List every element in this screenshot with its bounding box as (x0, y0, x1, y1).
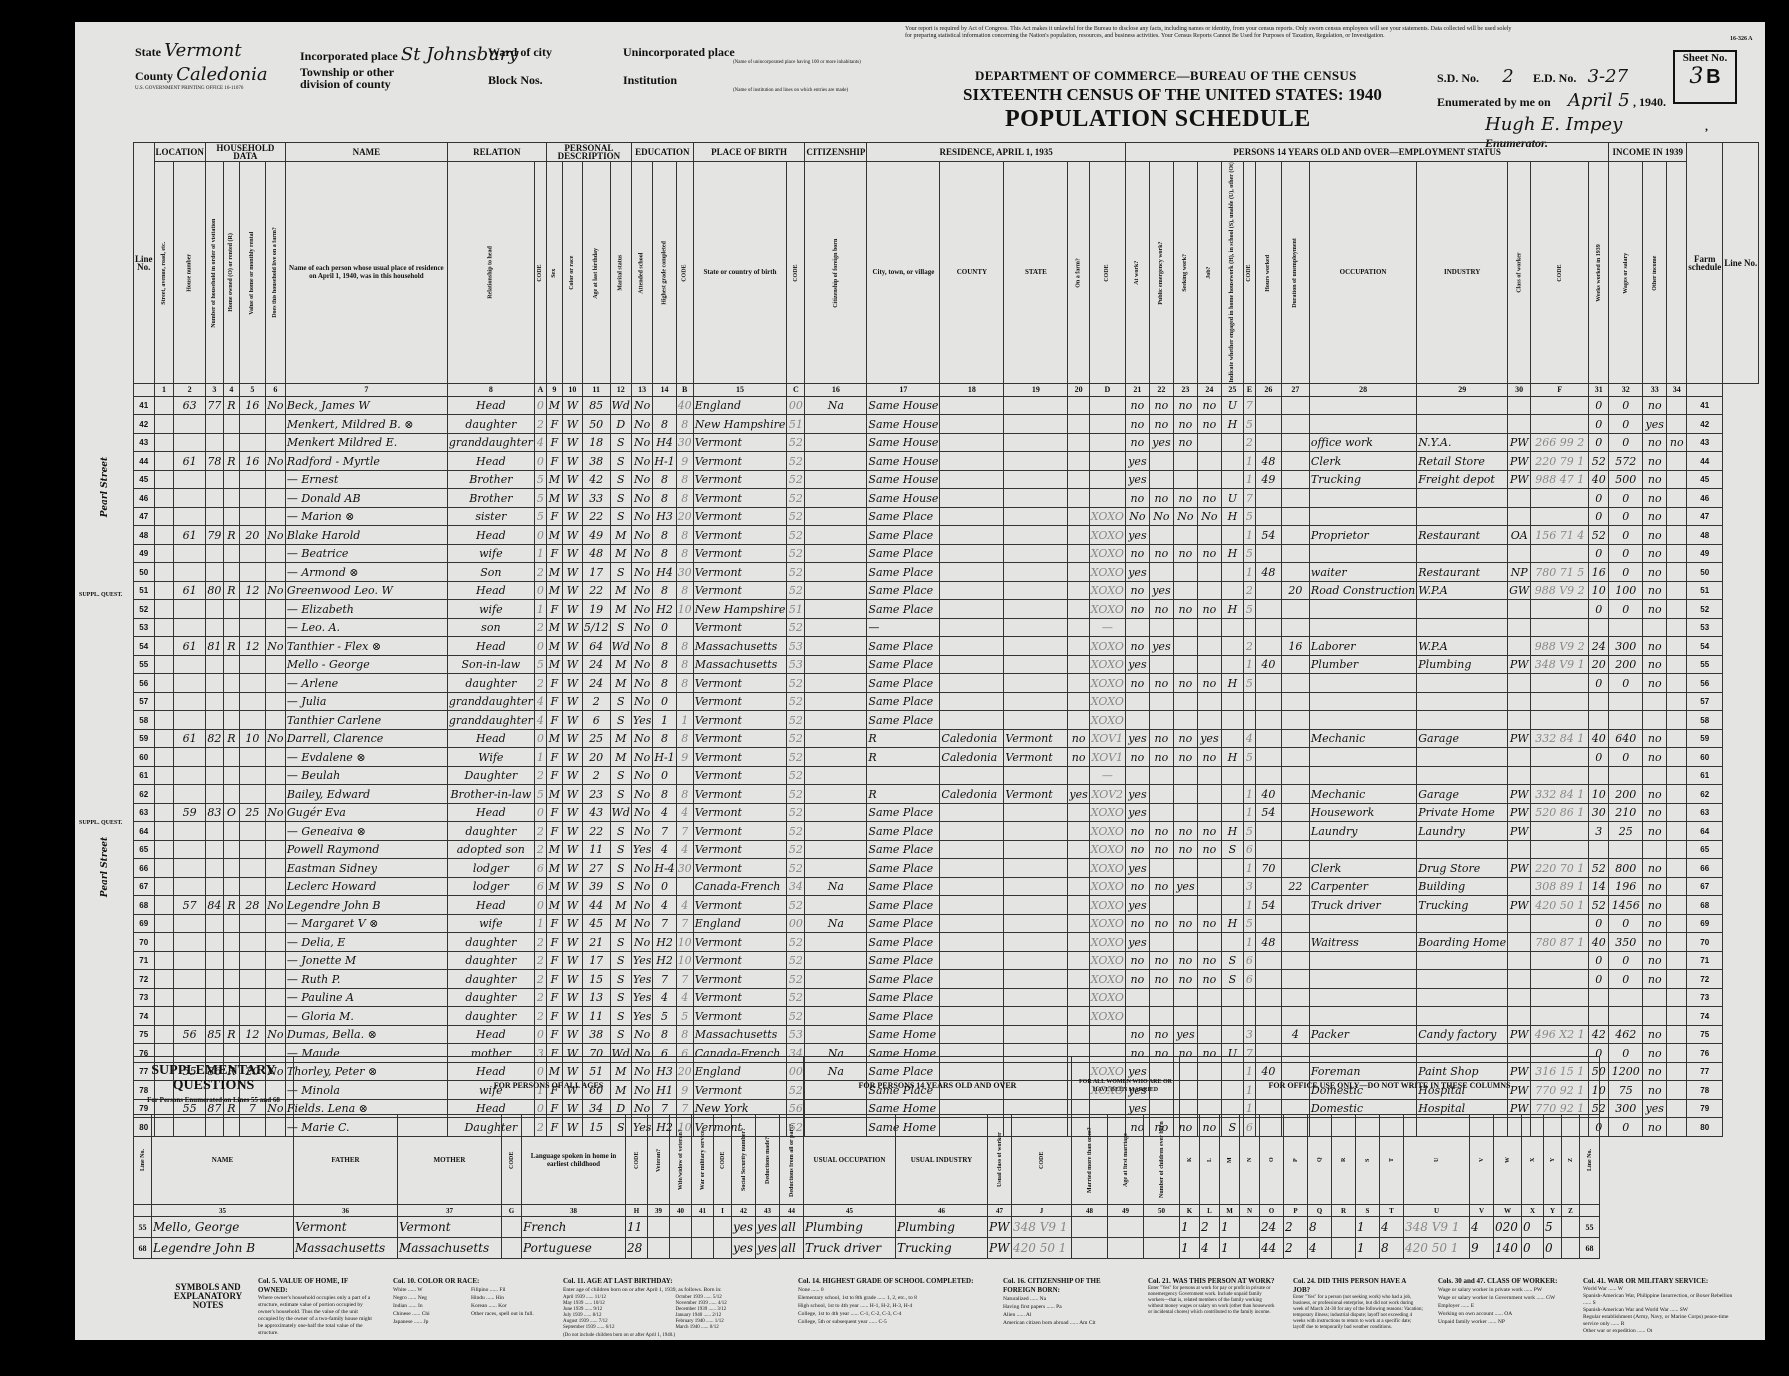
cell-house: 61 (174, 452, 205, 471)
cell-c32: 0 (1609, 748, 1643, 767)
cell-c22 (1149, 803, 1173, 822)
cell-c23: no (1173, 544, 1197, 563)
cell-res-farm (1068, 914, 1089, 933)
cell-res-farm (1068, 1025, 1089, 1044)
cell-gr: H2 (653, 600, 676, 619)
cell-res-county (940, 470, 1004, 489)
cell-birth: Canada-French (693, 877, 787, 896)
supp-cell-u: 348 V9 1 (1404, 1217, 1470, 1238)
cell-age: 39 (582, 877, 610, 896)
cell-sch: No (631, 544, 652, 563)
cell-house (174, 470, 205, 489)
cell-codeA: 2 (534, 970, 546, 989)
cell-rel: Son (447, 563, 534, 582)
supp-cell-mother: Massachusetts (398, 1238, 502, 1259)
cell-c24 (1197, 637, 1221, 656)
cell-c23 (1173, 785, 1197, 804)
cell-own (223, 988, 239, 1007)
cell-name: — Jonette M (285, 951, 447, 970)
cell-value (239, 840, 265, 859)
cell-rel: wife (447, 914, 534, 933)
cell-c23 (1173, 452, 1197, 471)
cell-race: W (562, 988, 582, 1007)
cell-birth: Vermont (693, 896, 787, 915)
cell-cit (805, 785, 867, 804)
ed-label: E.D. No. (1533, 71, 1576, 85)
cell-c21: no (1125, 1025, 1149, 1044)
cell-c27 (1281, 748, 1309, 767)
cell-c24: no (1197, 674, 1221, 693)
line-number: 64 (134, 822, 155, 841)
note-item: Working on own account ...... OA (1438, 1310, 1568, 1318)
cell-occ: Packer (1309, 1025, 1416, 1044)
cell-c31 (1589, 618, 1609, 637)
cell-c33: no (1643, 822, 1667, 841)
cell-res-county (940, 655, 1004, 674)
line-number: 43 (1687, 433, 1723, 452)
cell-ind: Candy factory (1417, 1025, 1508, 1044)
cell-c24 (1197, 933, 1221, 952)
note-col10-title: Col. 10. COLOR OR RACE: (393, 1277, 543, 1286)
cell-farm: No (265, 452, 285, 471)
cell-street (154, 618, 174, 637)
cell-c22: no (1149, 877, 1173, 896)
line-number: 65 (134, 840, 155, 859)
line-number: 70 (1687, 933, 1723, 952)
cell-res-city: R (867, 729, 940, 748)
note-list-col16-items: Naturalized ...... NaHaving first papers… (1003, 1295, 1133, 1327)
cell-c23 (1173, 803, 1197, 822)
cell-c27 (1281, 914, 1309, 933)
cell-codeA: 4 (534, 433, 546, 452)
line-number: 63 (134, 803, 155, 822)
table-row: 53— Leo. A.son2MW5/12SNo0Vermont52——53 (134, 618, 1759, 637)
col-header: At work? (1125, 162, 1149, 384)
cell-c32: 0 (1609, 674, 1643, 693)
cell-rel: sister (447, 507, 534, 526)
cell-codeA: 5 (534, 507, 546, 526)
col-header: CODE (1089, 162, 1125, 384)
supp-col-header: K (1180, 1115, 1200, 1205)
cell-codeC: 52 (787, 711, 805, 730)
cell-cit (805, 1025, 867, 1044)
supp-col-header: Q (1308, 1115, 1332, 1205)
cell-c32: 0 (1609, 507, 1643, 526)
table-row: 516180R12NoGreenwood Leo. WHead0MW22MNo8… (134, 581, 1759, 600)
cell-res-state (1004, 452, 1068, 471)
supp-col-number: 47 (988, 1205, 1012, 1217)
supp-col-header: N (1240, 1115, 1260, 1205)
cell-gr: H2 (653, 951, 676, 970)
cell-name: — Ernest (285, 470, 447, 489)
cell-street (154, 563, 174, 582)
line-number: 58 (1687, 711, 1723, 730)
cell-cls (1508, 877, 1531, 896)
cell-res-county (940, 988, 1004, 1007)
cell-street (154, 581, 174, 600)
cell-res-city: Same House (867, 433, 940, 452)
cell-c34 (1667, 970, 1687, 989)
cell-rel: Head (447, 452, 534, 471)
cell-sch: No (631, 766, 652, 785)
cell-codeE: 1 (1243, 933, 1255, 952)
cell-house (174, 692, 205, 711)
cell-hh (205, 507, 223, 526)
cell-ms: S (610, 970, 631, 989)
cell-farm: No (265, 1025, 285, 1044)
cell-c32: 25 (1609, 822, 1643, 841)
cell-res-state (1004, 859, 1068, 878)
cell-c23: no (1173, 951, 1197, 970)
cell-codeC: 52 (787, 803, 805, 822)
cell-age: 50 (582, 415, 610, 434)
supp-col-header: MOTHER (398, 1115, 502, 1205)
cell-codeE: 7 (1243, 489, 1255, 508)
table-row: 58Tanthier Carlenegranddaughter4FW6SYes1… (134, 711, 1759, 730)
cell-c24 (1197, 563, 1221, 582)
cell-hh (205, 951, 223, 970)
cell-res-state (1004, 822, 1068, 841)
cell-race: W (562, 526, 582, 545)
enumerated-date: April 5 (1568, 90, 1630, 111)
cell-cit (805, 951, 867, 970)
cell-street (154, 507, 174, 526)
cell-occ (1309, 507, 1416, 526)
cell-sex: F (546, 951, 562, 970)
cell-value: 12 (239, 581, 265, 600)
cell-c27 (1281, 692, 1309, 711)
cell-c33: no (1643, 489, 1667, 508)
cell-own (223, 785, 239, 804)
cell-race: W (562, 896, 582, 915)
cell-c24: no (1197, 600, 1221, 619)
cell-age: 2 (582, 766, 610, 785)
cell-sex: M (546, 896, 562, 915)
supplementary-table: SUPPLEMENTARY QUESTIONS For Persons Enum… (133, 1056, 1600, 1259)
cell-codeB: 8 (676, 415, 693, 434)
cell-c31 (1589, 692, 1609, 711)
cell-codeD: XOXO (1089, 951, 1125, 970)
cell-c22: yes (1149, 433, 1173, 452)
table-row: 416377R16NoBeck, James WHead0MW85WdNo40E… (134, 396, 1759, 415)
cell-c23: no (1173, 396, 1197, 415)
cell-c31: 40 (1589, 933, 1609, 952)
supp-cell-c49 (1108, 1238, 1144, 1259)
group-name: NAME (285, 143, 447, 162)
cell-res-state (1004, 655, 1068, 674)
col-number: 16 (805, 383, 867, 396)
cell-street (154, 452, 174, 471)
cell-c32: 0 (1609, 970, 1643, 989)
cell-c24 (1197, 618, 1221, 637)
cell-sch: Yes (631, 970, 652, 989)
col-header: Indicate whether engaged in home housewo… (1221, 162, 1243, 384)
cell-hh: 77 (205, 396, 223, 415)
cell-c24 (1197, 655, 1221, 674)
cell-codeD (1089, 489, 1125, 508)
cell-c31: 0 (1589, 674, 1609, 693)
cell-farm (265, 711, 285, 730)
col-header: Hours worked (1255, 162, 1281, 384)
col-number: 34 (1667, 383, 1687, 396)
cell-occ: Clerk (1309, 452, 1416, 471)
cell-occ: Plumber (1309, 655, 1416, 674)
cell-sch: No (631, 896, 652, 915)
supp-col-number: W (1494, 1205, 1522, 1217)
cell-sex: F (546, 766, 562, 785)
cell-cls (1508, 692, 1531, 711)
cell-codeD: XOXO (1089, 988, 1125, 1007)
cell-codeF: 988 V9 2 (1531, 581, 1589, 600)
cell-res-county (940, 1007, 1004, 1026)
group-income: INCOME IN 1939 (1609, 143, 1687, 162)
line-number: 45 (134, 470, 155, 489)
cell-res-county (940, 581, 1004, 600)
cell-ms: S (610, 470, 631, 489)
confidentiality-notice: Your report is required by Act of Congre… (905, 26, 1515, 40)
cell-ind (1417, 766, 1508, 785)
cell-sex: M (546, 655, 562, 674)
col-header: Home owned (O) or rented (R) (223, 162, 239, 384)
cell-rel: lodger (447, 859, 534, 878)
cell-codeD: XOXO (1089, 822, 1125, 841)
supp-cell-r (1332, 1238, 1356, 1259)
line-number: 42 (134, 415, 155, 434)
cell-codeA: 1 (534, 600, 546, 619)
cell-ms: M (610, 655, 631, 674)
cell-ind (1417, 970, 1508, 989)
cell-race: W (562, 859, 582, 878)
cell-c34 (1667, 1007, 1687, 1026)
cell-codeA: 2 (534, 933, 546, 952)
cell-cit (805, 470, 867, 489)
cell-codeF: 308 89 1 (1531, 877, 1589, 896)
cell-gr: 8 (653, 489, 676, 508)
sheet-label: Sheet No. (1675, 52, 1735, 64)
cell-codeB: 4 (676, 988, 693, 1007)
supp-cell-c48 (1072, 1217, 1108, 1238)
cell-c25: H (1221, 674, 1243, 693)
cell-street (154, 877, 174, 896)
supp-cell-g (502, 1217, 522, 1238)
cell-birth: Vermont (693, 452, 787, 471)
cell-street (154, 988, 174, 1007)
supp-col-header: NAME (152, 1115, 294, 1205)
cell-cls (1508, 1007, 1531, 1026)
cell-birth: Vermont (693, 933, 787, 952)
note-col41-title: Col. 41. WAR OR MILITARY SERVICE: (1583, 1277, 1733, 1286)
cell-codeD: XOV2 (1089, 785, 1125, 804)
cell-c24 (1197, 803, 1221, 822)
group-birth: PLACE OF BIRTH (693, 143, 805, 162)
institution-field: Institution (Name of institution and lin… (623, 72, 848, 93)
cell-hh (205, 489, 223, 508)
table-row: 546181R12NoTanthier - Flex ⊗Head0MW64WdN… (134, 637, 1759, 656)
cell-own (223, 859, 239, 878)
cell-codeD (1089, 1025, 1125, 1044)
cell-codeB: 9 (676, 452, 693, 471)
cell-sch: Yes (631, 840, 652, 859)
cell-value: 28 (239, 896, 265, 915)
cell-hh: 81 (205, 637, 223, 656)
line-number: 71 (134, 951, 155, 970)
supp-cell-t: 8 (1380, 1238, 1404, 1259)
cell-codeB (676, 877, 693, 896)
cell-c34 (1667, 1118, 1687, 1137)
line-number: 41 (1687, 396, 1723, 415)
col-number: 12 (610, 383, 631, 396)
cell-c32: 0 (1609, 415, 1643, 434)
cell-sex: F (546, 933, 562, 952)
street-note-1: Pearl Street (100, 457, 110, 517)
cell-sch: No (631, 729, 652, 748)
note-item: Hindu ...... Hin (471, 1294, 543, 1302)
cell-res-state (1004, 433, 1068, 452)
cell-c22 (1149, 563, 1173, 582)
line-number: 51 (134, 581, 155, 600)
cell-age: 11 (582, 1007, 610, 1026)
cell-res-state (1004, 933, 1068, 952)
cell-c22 (1149, 988, 1173, 1007)
cell-age: 19 (582, 600, 610, 619)
cell-sch: Yes (631, 711, 652, 730)
cell-gr: 4 (653, 840, 676, 859)
cell-c26 (1255, 840, 1281, 859)
cell-c26: 49 (1255, 470, 1281, 489)
cell-cls (1508, 970, 1531, 989)
cell-age: 38 (582, 452, 610, 471)
cell-sex: F (546, 674, 562, 693)
cell-res-city: Same Place (867, 544, 940, 563)
cell-codeC: 52 (787, 951, 805, 970)
cell-codeB: 1 (676, 711, 693, 730)
cell-name: — Geneaiva ⊗ (285, 822, 447, 841)
cell-res-farm (1068, 489, 1089, 508)
cell-c27: 20 (1281, 581, 1309, 600)
cell-c25 (1221, 581, 1243, 600)
supp-cell-lang: Portuguese (522, 1238, 626, 1259)
cell-age: 42 (582, 470, 610, 489)
cell-codeA: 2 (534, 840, 546, 859)
cell-ms: S (610, 766, 631, 785)
supp-col-number: I (714, 1205, 732, 1217)
cell-codeC: 52 (787, 896, 805, 915)
cell-c32: 200 (1609, 655, 1643, 674)
cell-name: Dumas, Bella. ⊗ (285, 1025, 447, 1044)
cell-own (223, 766, 239, 785)
cell-own: R (223, 1025, 239, 1044)
cell-street (154, 766, 174, 785)
cell-c21: yes (1125, 933, 1149, 952)
cell-codeF: 780 71 5 (1531, 563, 1589, 582)
cell-farm (265, 859, 285, 878)
cell-c31: 0 (1589, 914, 1609, 933)
cell-value: 12 (239, 1025, 265, 1044)
cell-c25: U (1221, 396, 1243, 415)
county-field: County Caledonia (135, 64, 268, 85)
cell-c34 (1667, 896, 1687, 915)
cell-cls (1508, 748, 1531, 767)
cell-c23 (1173, 563, 1197, 582)
cell-c34 (1667, 840, 1687, 859)
cell-c25: H (1221, 600, 1243, 619)
cell-ind: Freight depot (1417, 470, 1508, 489)
cell-rel: Head (447, 896, 534, 915)
cell-race: W (562, 637, 582, 656)
cell-own (223, 970, 239, 989)
cell-sch: No (631, 526, 652, 545)
cell-c27 (1281, 618, 1309, 637)
cell-codeF (1531, 1007, 1589, 1026)
supp-cell-lang: French (522, 1217, 626, 1238)
cell-farm (265, 600, 285, 619)
cell-hh (205, 766, 223, 785)
cell-cit (805, 433, 867, 452)
cell-ms: M (610, 748, 631, 767)
cell-c27 (1281, 563, 1309, 582)
cell-c31: 14 (1589, 877, 1609, 896)
supp-row: 55Mello, GeorgeVermontVermontFrench11yes… (134, 1217, 1600, 1238)
cell-occ: office work (1309, 433, 1416, 452)
cell-hh (205, 970, 223, 989)
cell-codeD: XOXO (1089, 970, 1125, 989)
supp-col-header: CODE (502, 1115, 522, 1205)
cell-c21: No (1125, 507, 1149, 526)
cell-c25 (1221, 526, 1243, 545)
cell-c32: 196 (1609, 877, 1643, 896)
cell-c22: no (1149, 914, 1173, 933)
cell-gr: 8 (653, 415, 676, 434)
cell-ms: S (610, 988, 631, 1007)
cell-c22: no (1149, 674, 1173, 693)
table-row: 685784R28NoLegendre John BHead0MW44MNo44… (134, 896, 1759, 915)
cell-c33: no (1643, 1044, 1667, 1063)
cell-res-county (940, 766, 1004, 785)
cell-street (154, 674, 174, 693)
cell-c27 (1281, 785, 1309, 804)
cell-codeD: XOV1 (1089, 729, 1125, 748)
cell-codeD: XOXO (1089, 581, 1125, 600)
supp-cell-c41 (692, 1217, 714, 1238)
cell-name: Tanthier Carlene (285, 711, 447, 730)
cell-hh (205, 822, 223, 841)
ward-label: Ward of city (488, 45, 552, 59)
cell-own (223, 1007, 239, 1026)
note-item: Elementary school, 1st to 8th grade ....… (798, 1294, 988, 1302)
cell-codeD: XOXO (1089, 692, 1125, 711)
cell-cit (805, 988, 867, 1007)
cell-c23: no (1173, 729, 1197, 748)
supp-col-header: R (1332, 1115, 1356, 1205)
cell-sex: M (546, 489, 562, 508)
cell-c34 (1667, 489, 1687, 508)
cell-c26 (1255, 507, 1281, 526)
cell-codeC: 52 (787, 618, 805, 637)
line-number: 77 (1687, 1062, 1723, 1081)
line-number: 57 (134, 692, 155, 711)
cell-rel: granddaughter (447, 711, 534, 730)
col-header: Marital status (610, 162, 631, 384)
cell-codeE: 3 (1243, 1025, 1255, 1044)
cell-value (239, 415, 265, 434)
supp-cell-k: 1 (1180, 1217, 1200, 1238)
supp-cell-p: 2 (1284, 1238, 1308, 1259)
note-col16: Col. 16. CITIZENSHIP OF THE FOREIGN BORN… (1003, 1277, 1133, 1327)
table-row: 55Mello - GeorgeSon-in-law5MW24MNo88Mass… (134, 655, 1759, 674)
cell-c26 (1255, 877, 1281, 896)
table-row: 49— Beatricewife1FW48MNo88Vermont52Same … (134, 544, 1759, 563)
cell-c31 (1589, 988, 1609, 1007)
